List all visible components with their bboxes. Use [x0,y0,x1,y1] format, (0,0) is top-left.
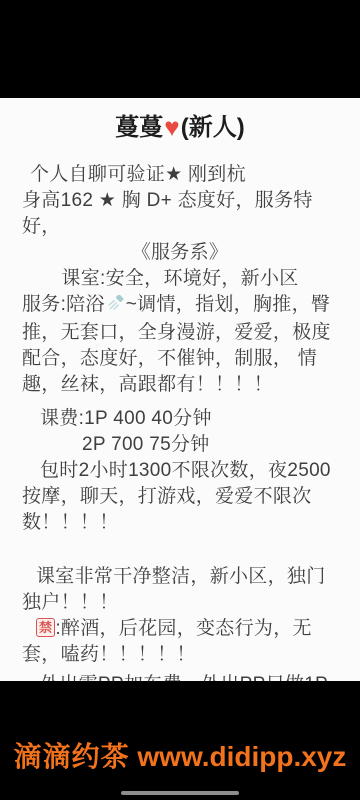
verify-line: 个人自聊可验证★ 刚到杭 [0,162,360,188]
watermark: 滴滴约茶 www.didipp.xyz [0,681,360,775]
services-line: 服务:陪浴 ~调情，指划，胸推，臀推，无套口，全身漫游，爱爱，极度配合，态度好，… [0,292,360,398]
shower-icon [107,294,124,320]
title-tag: (新人) [181,114,245,141]
package-line: 包时2小时1300不限次数，夜2500按摩，聊天，打游戏，爱爱不限次数！！！！ [0,458,360,536]
forbidden-text: :醉酒，后花园，变态行为，无套，嗑药！！！！！ [22,618,312,665]
phone-screen: 蔓蔓♥(新人) 个人自聊可验证★ 刚到杭 身高162 ★ 胸 D+ 态度好，服务… [0,0,360,800]
home-indicator-bar [121,791,239,795]
top-letterbox-bar [0,0,360,98]
heart-icon: ♥ [163,112,180,142]
watermark-brand: 滴滴约茶 [14,741,130,772]
price-2p-line: 2P 700 75分钟 [0,432,360,458]
page-title: 蔓蔓♥(新人) [0,98,360,144]
stats-line: 身高162 ★ 胸 D+ 态度好，服务特好， [0,188,360,240]
room-line: 课室:安全，环境好，新小区 [0,266,360,292]
prohibited-badge-icon: 禁 [36,618,55,637]
series-line: 《服务系》 [0,240,360,266]
outcall-line: 外出需PP加车费，外出PP只做1P也是PP的价不退课费 ， 带 (现金！现金！现… [0,672,360,681]
ad-text-panel: 蔓蔓♥(新人) 个人自聊可验证★ 刚到杭 身高162 ★ 胸 D+ 态度好，服务… [0,98,360,681]
price-1p-line: 课费:1P 400 40分钟 [0,406,360,432]
title-name: 蔓蔓 [115,114,163,141]
bottom-letterbox-bar: 滴滴约茶 www.didipp.xyz [0,681,360,800]
forbidden-line: 禁:醉酒，后花园，变态行为，无套，嗑药！！！！！ [0,616,360,668]
services-prefix: 服务:陪浴 [22,294,105,315]
clean-room-line: 课室非常干净整洁，新小区，独门独户！！！ [0,564,360,616]
watermark-url: www.didipp.xyz [137,741,346,772]
